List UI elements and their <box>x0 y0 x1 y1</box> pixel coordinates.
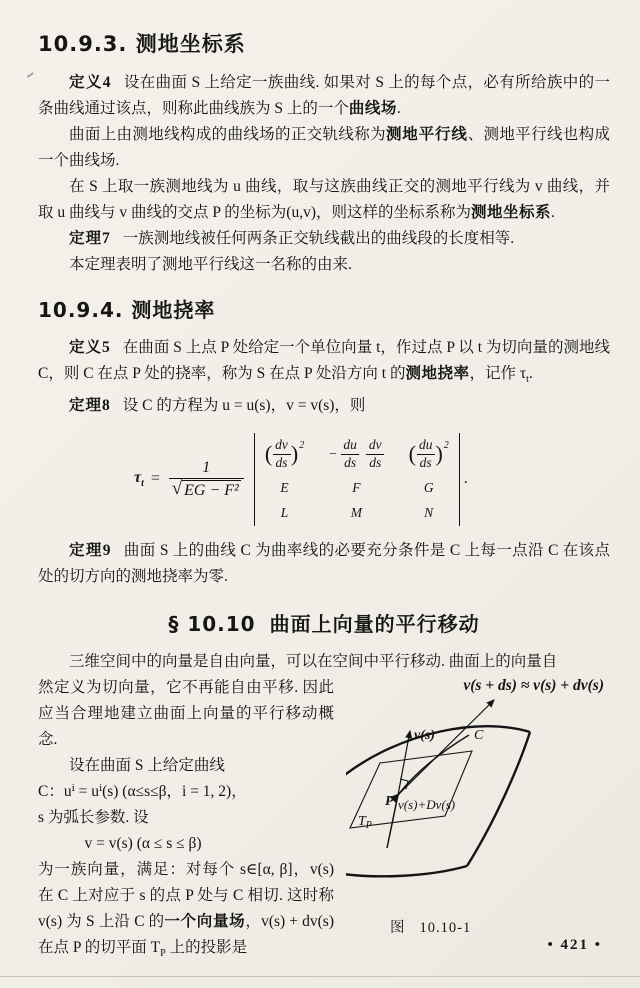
geodesic-torsion-formula: τt = 1 √EG − F² ( dvds ) 2 − duds dvds (… <box>134 433 610 526</box>
definition-4-text: 设在曲面 S 上给定一族曲线. 如果对 S 上的每个点，必有所给族中的一条曲线通… <box>38 74 610 117</box>
figure-caption: 图10.10-1 <box>346 916 610 937</box>
figure-caption-number: 10.10-1 <box>420 920 472 936</box>
figure-10-10-1: v(s + ds) ≈ v(s) + dv(s) <box>346 677 610 937</box>
formula-lhs: τt <box>134 469 144 489</box>
figure-equation: v(s + ds) ≈ v(s) + dv(s) <box>346 677 610 695</box>
radicand: EG − F² <box>182 480 241 500</box>
matrix-cell-N: N <box>424 505 433 521</box>
definition-5-label: 定义5 <box>69 339 111 356</box>
term-geodesic-parallel: 测地平行线 <box>386 126 468 143</box>
surface-tangent-plane-drawing: v(s) C P v(s)+Dv(s) TP <box>346 697 610 909</box>
theorem-7-label: 定理7 <box>69 230 111 247</box>
label-curve-C: C <box>474 728 484 743</box>
surface-bottom-edge <box>346 866 467 876</box>
figure-caption-label: 图 <box>390 920 406 936</box>
theorem-9-label: 定理9 <box>69 542 112 559</box>
equals-sign: = <box>150 470 161 488</box>
matrix-cell-F: F <box>352 480 360 496</box>
paragraph-remark: 本定理表明了测地平行线这一名称的由来. <box>38 252 610 278</box>
term-curve-field: 曲线场 <box>349 100 397 117</box>
matrix-cell-L: L <box>281 505 289 521</box>
term-geodesic-torsion: 测地挠率 <box>405 365 469 382</box>
label-tangent-plane: TP <box>358 814 372 831</box>
label-v-s: v(s) <box>414 728 435 743</box>
paragraph-intro-line1: 三维空间中的向量是自由向量，可以在空间中平行移动. 曲面上的向量自 <box>38 649 610 675</box>
theorem-8-text: 设 C 的方程为 u = u(s)，v = v(s)，则 <box>123 397 366 414</box>
radical-sign: √ <box>172 479 182 498</box>
paragraph-definition-4: 定义4设在曲面 S 上给定一族曲线. 如果对 S 上的每个点，必有所给族中的一条… <box>38 70 610 122</box>
matrix-cell-r1c2: − duds dvds <box>328 438 384 471</box>
coefficient-fraction: 1 √EG − F² <box>169 459 244 499</box>
paragraph-theorem-9: 定理9曲面 S 上的曲线 C 为曲率线的必要充分条件是 C 上每一点沿 C 在该… <box>38 538 610 590</box>
section-heading-10-9-3: 10.9.3. 测地坐标系 <box>38 28 610 58</box>
paragraph-theorem-8: 定理8设 C 的方程为 u = u(s)，v = v(s)，则 <box>38 393 610 419</box>
paragraph-definition-5: 定义5在曲面 S 上点 P 处给定一个单位向量 t，作过点 P 以 t 为切向量… <box>38 335 610 393</box>
curve-C <box>387 735 469 848</box>
matrix-cell-r1c3: ( duds ) 2 <box>409 438 449 471</box>
theorem-8-label: 定理8 <box>69 397 111 414</box>
scan-artifact-line <box>0 976 640 977</box>
theorem-9-text: 曲面 S 上的曲线 C 为曲率线的必要充分条件是 C 上每一点沿 C 在该点处的… <box>38 542 610 585</box>
section-heading-10-10: § 10.10曲面上向量的平行移动 <box>38 608 610 637</box>
paragraph-geodesic-parallels: 曲面上由测地线构成的曲线场的正交轨线称为测地平行线、测地平行线也构成一个曲线场. <box>38 122 610 174</box>
surface-right-edge <box>467 732 530 866</box>
formula-period: . <box>464 470 468 488</box>
label-point-P: P <box>385 794 394 809</box>
definition-4-label: 定义4 <box>69 74 111 91</box>
scan-smudge <box>27 72 34 78</box>
label-projection-vector: v(s)+Dv(s) <box>398 797 455 812</box>
paragraph-theorem-7: 定理7一族测地线被任何两条正交轨线截出的曲线段的长度相等. <box>38 226 610 252</box>
page-number: • 421 • <box>547 937 602 954</box>
tangent-plane <box>350 751 472 828</box>
matrix-cell-E: E <box>280 480 288 496</box>
section-heading-10-9-4: 10.9.4. 测地挠率 <box>38 294 610 323</box>
vector-v-s-plus-ds-line <box>398 700 494 795</box>
term-vector-field: 一个向量场 <box>164 913 245 930</box>
theorem-7-text: 一族测地线被任何两条正交轨线截出的曲线段的长度相等. <box>123 230 514 247</box>
surface-top-edge <box>346 726 530 777</box>
matrix-cell-G: G <box>424 480 434 496</box>
book-page: 10.9.3. 测地坐标系 定义4设在曲面 S 上给定一族曲线. 如果对 S 上… <box>0 0 640 967</box>
paragraph-geodesic-coordinates: 在 S 上取一族测地线为 u 曲线，取与这族曲线正交的测地平行线为 v 曲线，并… <box>38 174 610 226</box>
term-geodesic-coordinate-system: 测地坐标系 <box>471 204 551 221</box>
matrix-cell-M: M <box>351 505 362 521</box>
determinant-matrix: ( dvds ) 2 − duds dvds ( duds ) 2 E F G … <box>254 433 460 526</box>
section-title: 曲面上向量的平行移动 <box>270 612 480 636</box>
section-number: § 10.10 <box>168 612 255 636</box>
matrix-cell-r1c1: ( dvds ) 2 <box>265 438 304 471</box>
